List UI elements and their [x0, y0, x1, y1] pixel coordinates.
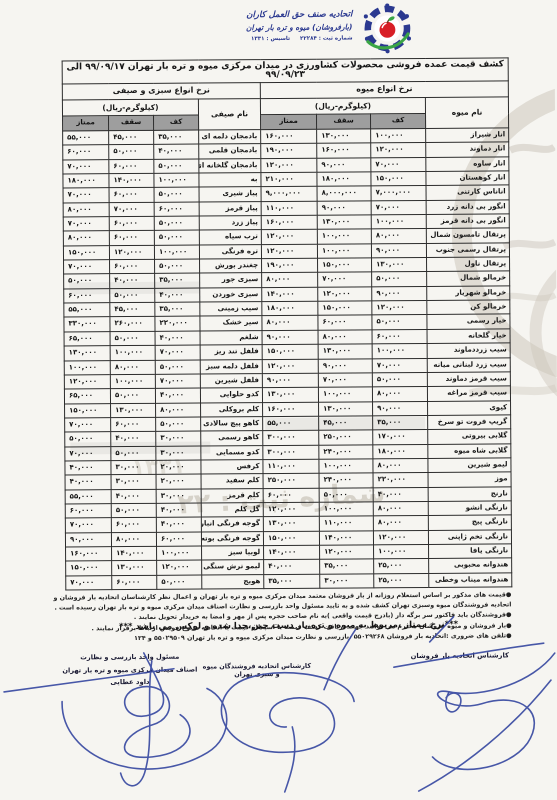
veg-floor-cell: ۳۵,۰۰۰ [154, 130, 199, 145]
veg-premium-cell: ۸۰,۰۰۰ [63, 202, 109, 217]
fruit-premium-cell: ۱۴۰,۰۰۰ [264, 545, 320, 560]
fruit-floor-cell: ۱۰۰,۰۰۰ [374, 544, 429, 559]
veg-name-cell: فلفل دلمه سبز [200, 359, 262, 374]
veg-floor-cell: ۵۰,۰۰۰ [154, 187, 199, 202]
veg-floor-cell: ۴۰,۰۰۰ [155, 388, 200, 403]
fruit-name-cell: خیار گلخانه [427, 329, 510, 344]
signature-scribble-right [394, 643, 556, 791]
fruit-name-cell: پرتقال تامسون شمال [426, 228, 509, 243]
veg-unit-header: (کیلوگرم-ریال) [62, 99, 198, 116]
fruit-floor-cell: ۱۸۰,۰۰۰ [373, 444, 428, 459]
fruit-floor-cell: ۹۰,۰۰۰ [373, 401, 428, 416]
veg-name-cell: گل کلم [201, 503, 263, 518]
veg-premium-cell: ۶۵,۰۰۰ [64, 331, 110, 346]
veg-ceiling-cell: ۳۰,۰۰۰ [111, 460, 156, 475]
veg-floor-cell: ۱۲۰,۰۰۰ [157, 560, 202, 575]
veg-name-cell: به [199, 173, 261, 188]
veg-premium-cell: ۱۳۰,۰۰۰ [64, 346, 110, 361]
veg-name-cell: کلم بروکلی [201, 402, 263, 417]
org-name-line1: اتحادیه صنف حق العمل کاران [246, 9, 353, 20]
fruit-floor-cell: ۳۵,۰۰۰ [373, 415, 428, 430]
veg-name-cell: سبزی خوردن [200, 287, 262, 302]
veg-ceiling-cell: ۷۰,۰۰۰ [109, 202, 154, 217]
veg-name-cell: فلفل شیرین [200, 373, 262, 388]
fruit-name-cell: خیار رسمی [427, 314, 510, 329]
fruit-name-cell: گلابی شاه میوه [428, 443, 511, 458]
veg-ceiling-cell: ۵۰,۰۰۰ [110, 288, 155, 303]
veg-premium-cell: ۸۰,۰۰۰ [63, 231, 109, 246]
veg-premium-cell: ۷۰,۰۰۰ [64, 260, 110, 275]
veg-name-cell: گوجه فرنگی انباری [201, 517, 263, 532]
fruit-name-cell: خرمالو شهریار [427, 286, 510, 301]
veg-name-cell: پیاز زرد [199, 216, 261, 231]
fruit-ceiling-cell: ۱۰۰,۰۰۰ [319, 459, 373, 474]
price-table: کشف قیمت عمده فروشی محصولات کشاورزی در م… [62, 57, 513, 590]
veg-name-cell: کرفس [201, 460, 263, 475]
veg-name-cell: چغندر بورش [200, 259, 262, 274]
fruit-premium-cell: ۱۶۰,۰۰۰ [261, 129, 317, 144]
fruit-name-cell: انگور بی دانه زرد [426, 200, 509, 215]
fruit-name-cell: اناناس کارتنی [426, 185, 509, 200]
veg-group-header: نرخ انواع سبزی و صیفی [62, 83, 260, 100]
fruit-floor-cell: ۵۰,۰۰۰ [372, 315, 427, 330]
organization-name: اتحادیه صنف حق العمل کاران (بارفروشان) م… [246, 3, 353, 60]
fruit-ceiling-cell: ۱۵۰,۰۰۰ [318, 258, 372, 273]
veg-name-cell: کلم قرمز [201, 488, 263, 503]
veg-ceiling-cell: ۱۰۰,۰۰۰ [110, 346, 155, 361]
fruit-floor-cell: ۸۰,۰۰۰ [373, 516, 428, 531]
fruit-name-cell: خرمالو شمال [427, 271, 510, 286]
veg-name-cell: بادمجان قلمی [199, 144, 261, 159]
veg-floor-cell: ۳۰,۰۰۰ [156, 431, 201, 446]
veg-name-cell: سیر خشک [200, 316, 262, 331]
fruit-name-cell: گریپ فروت تو سرخ [428, 415, 511, 430]
fruit-ceiling-cell: ۴۵,۰۰۰ [319, 416, 373, 431]
fruit-name-cell: هندوانه محبوبی [429, 558, 512, 573]
veg-floor-cell: ۲۲۰,۰۰۰ [155, 317, 200, 332]
fruit-name-cell: پرتقال رسمی جنوب [426, 243, 509, 258]
veg-premium-cell: ۳۳۰,۰۰۰ [64, 317, 110, 332]
veg-premium-cell: ۷۰,۰۰۰ [65, 518, 111, 533]
registration-number: شماره ثبت : ۲۲۲۸۴ [300, 35, 352, 41]
veg-ceiling-cell: ۶۰,۰۰۰ [111, 417, 156, 432]
fruit-floor-cell: ۵۰,۰۰۰ [372, 272, 427, 287]
veg-name-cell: پیاز قرمز [199, 201, 261, 216]
fruit-premium-cell: ۱۱۰,۰۰۰ [263, 459, 319, 474]
fruit-ceiling-cell: ۱۵۰,۰۰۰ [318, 301, 372, 316]
veg-premium-cell: ۵۰,۰۰۰ [65, 432, 111, 447]
fruit-floor-cell: ۲۲۰,۰۰۰ [373, 473, 428, 488]
veg-premium-cell: ۱۲۰,۰۰۰ [64, 375, 110, 390]
fruit-ceiling-cell: ۱۱۰,۰۰۰ [319, 516, 373, 531]
veg-floor-cell: ۵۰,۰۰۰ [155, 259, 200, 274]
signature-scribble-middle [221, 617, 455, 793]
veg-name-cell: لیمو ترش سنگی [202, 560, 264, 575]
veg-premium-cell: ۹۰,۰۰۰ [65, 532, 111, 547]
signature-label-inspection: مسئول واحد بازرسی و نظارت اصناف میدان مر… [50, 650, 210, 689]
fruit-ceiling-cell: ۷۰,۰۰۰ [318, 373, 372, 388]
table-title: کشف قیمت عمده فروشی محصولات کشاورزی در م… [62, 58, 508, 84]
veg-floor-cell: ۵۰,۰۰۰ [154, 159, 199, 174]
fruit-floor-cell: ۱۲۰,۰۰۰ [371, 143, 426, 158]
veg-premium-cell: ۱۵۰,۰۰۰ [65, 403, 111, 418]
org-name-line2: (بارفروشان) میوه و تره بار تهران [246, 22, 353, 32]
veg-name-cell: بادمجان گلخانه ای [199, 158, 261, 173]
veg-floor-cell: ۶۰,۰۰۰ [154, 202, 199, 217]
veg-ceiling-cell: ۲۶۰,۰۰۰ [110, 317, 155, 332]
fruit-ceiling-cell: ۶۰,۰۰۰ [318, 315, 372, 330]
fruit-floor-cell: ۷۰,۰۰۰ [371, 200, 426, 215]
veg-ceiling-cell: ۴۰,۰۰۰ [111, 489, 156, 504]
fruit-name-cell: نارنگی پیج [428, 515, 511, 530]
fruit-premium-cell: ۱۲۰,۰۰۰ [261, 158, 317, 173]
veg-premium-cell: ۶۰,۰۰۰ [65, 504, 111, 519]
veg-name-cell: کاهو رسمی [201, 431, 263, 446]
fruit-name-cell: خرمالو کن [427, 300, 510, 315]
fruit-ceiling-cell: ۲۴۰,۰۰۰ [319, 473, 373, 488]
fruit-premium-cell: ۸۰,۰۰۰ [262, 273, 318, 288]
fruit-ceiling-label: سقف [317, 114, 371, 129]
fruit-premium-cell: ۴۰,۰۰۰ [264, 560, 320, 575]
veg-ceiling-cell: ۶۰,۰۰۰ [112, 575, 157, 590]
fruit-ceiling-cell: ۵۰,۰۰۰ [319, 487, 373, 502]
veg-ceiling-cell: ۳۰,۰۰۰ [111, 475, 156, 490]
scanned-price-bulletin: { "letterhead": { "org_line1": "اتحادیه … [0, 0, 557, 800]
veg-ceiling-cell: ۱۳۰,۰۰۰ [111, 403, 156, 418]
signature-label-foroushandegan: کارشناس اتحادیه فروشندگان میوه و سبزی ته… [202, 662, 312, 679]
fruit-floor-cell: ۷۰,۰۰۰ [371, 157, 426, 172]
veg-premium-label: ممتاز [63, 116, 109, 131]
veg-floor-cell: ۲۰,۰۰۰ [156, 474, 201, 489]
veg-premium-cell: ۱۵۰,۰۰۰ [66, 561, 112, 576]
fruit-ceiling-cell: ۸,۰۰۰,۰۰۰ [317, 186, 371, 201]
veg-floor-cell: ۶۰,۰۰۰ [156, 532, 201, 547]
veg-premium-cell: ۶۰,۰۰۰ [63, 145, 109, 160]
fruit-group-header: نرخ انواع میوه [260, 81, 508, 99]
established-year: تاسیس : ۱۳۳۱ [251, 36, 290, 42]
veg-premium-cell: ۴۰,۰۰۰ [65, 461, 111, 476]
veg-ceiling-cell: ۶۰,۰۰۰ [109, 216, 154, 231]
union-logo-icon [359, 3, 415, 59]
fruit-ceiling-cell: ۱۲۰,۰۰۰ [318, 287, 372, 302]
fruit-premium-cell: ۱۹۰,۰۰۰ [261, 144, 317, 159]
fruit-name-cell: نارنج [428, 486, 511, 501]
veg-premium-cell: ۱۵۰,۰۰۰ [63, 245, 109, 260]
document-sheet: شماره ثبت : ۲۲ ۱۳۳۱ اتحادیه صنف ح [0, 0, 557, 800]
veg-name-cell: سیب زمینی [200, 302, 262, 317]
fruit-ceiling-cell: ۱۳۰,۰۰۰ [318, 344, 372, 359]
fruit-ceiling-cell: ۱۰۰,۰۰۰ [318, 387, 372, 402]
fruit-name-cell: سیب زرددماوند [427, 343, 510, 358]
fruit-premium-cell: ۱۵۰,۰۰۰ [263, 531, 319, 546]
fruit-name-cell: سیب قرمز دماوند [427, 372, 510, 387]
veg-premium-cell: ۶۵,۰۰۰ [64, 389, 110, 404]
veg-floor-cell: ۳۵,۰۰۰ [155, 273, 200, 288]
registration-line: شماره ثبت : ۲۲۲۸۴ تاسیس : ۱۳۳۱ [246, 35, 353, 42]
veg-ceiling-cell: ۶۰,۰۰۰ [111, 518, 156, 533]
fruit-name-cell: هندوانه میناب وخطی [429, 573, 512, 588]
veg-name-cell: بادمجان دلمه ای [199, 130, 261, 145]
veg-floor-label: کف [154, 115, 199, 130]
veg-floor-cell: ۵۰,۰۰۰ [156, 417, 201, 432]
fruit-name-cell: سیب زرد لبنانی میانه [427, 357, 510, 372]
fruit-premium-cell: ۶۰,۰۰۰ [263, 488, 319, 503]
veg-ceiling-cell: ۱۰۰,۰۰۰ [110, 374, 155, 389]
veg-ceiling-cell: ۶۰,۰۰۰ [110, 259, 155, 274]
fruit-premium-cell: ۸۰,۰۰۰ [262, 316, 318, 331]
fruit-premium-cell: ۹۰,۰۰۰ [262, 330, 318, 345]
veg-ceiling-cell: ۸۰,۰۰۰ [110, 360, 155, 375]
table-row: هندوانه میناب وخطی ۲۵,۰۰۰ ۳۰,۰۰۰ ۳۵,۰۰۰ … [66, 573, 512, 590]
veg-floor-cell: ۴۰,۰۰۰ [156, 503, 201, 518]
veg-floor-cell: ۳۰,۰۰۰ [156, 446, 201, 461]
letterhead: اتحادیه صنف حق العمل کاران (بارفروشان) م… [200, 3, 415, 60]
fruit-ceiling-cell: ۱۴۰,۰۰۰ [319, 530, 373, 545]
veg-ceiling-cell: ۴۵,۰۰۰ [110, 302, 155, 317]
veg-name-cell: ترب سیاه [199, 230, 261, 245]
fruit-premium-cell: ۲۵۰,۰۰۰ [263, 473, 319, 488]
veg-floor-cell: ۵۰,۰۰۰ [155, 360, 200, 375]
veg-ceiling-cell: ۱۳۰,۰۰۰ [112, 561, 157, 576]
fruit-floor-cell: ۸۰,۰۰۰ [371, 229, 426, 244]
veg-premium-cell: ۷۰,۰۰۰ [63, 217, 109, 232]
fruit-premium-cell: ۱۲۰,۰۰۰ [261, 244, 317, 259]
notes-section: ●قیمت های مذکور بر اساس استعلام روزانه ا… [65, 590, 511, 644]
fruit-name-cell: انار دماوند [426, 142, 509, 157]
fruit-floor-cell: ۱۲۰,۰۰۰ [372, 301, 427, 316]
veg-ceiling-cell: ۶۰,۰۰۰ [109, 188, 154, 203]
veg-name-cell: شلغم [200, 330, 262, 345]
fruit-ceiling-cell: ۸۰,۰۰۰ [318, 330, 372, 345]
fruit-floor-cell: ۴۰,۰۰۰ [373, 487, 428, 502]
veg-name-cell: تره فرنگی [199, 244, 261, 259]
veg-name-cell: لوبیا سبز [202, 546, 264, 561]
fruit-floor-cell: ۱۳۰,۰۰۰ [372, 258, 427, 273]
veg-floor-cell: ۸۰,۰۰۰ [156, 403, 201, 418]
veg-floor-cell: ۴۰,۰۰۰ [155, 288, 200, 303]
fruit-premium-cell: ۱۶۰,۰۰۰ [261, 215, 317, 230]
fruit-ceiling-cell: ۱۶۰,۰۰۰ [317, 143, 371, 158]
veg-floor-cell: ۱۰۰,۰۰۰ [154, 245, 199, 260]
fruit-ceiling-cell: ۱۲۰,۰۰۰ [320, 545, 374, 560]
veg-ceiling-cell: ۶۰,۰۰۰ [109, 231, 154, 246]
veg-ceiling-cell: ۸۰,۰۰۰ [111, 532, 156, 547]
fruit-name-cell: نارنگی یافا [429, 544, 512, 559]
fruit-floor-cell: ۸۰,۰۰۰ [372, 387, 427, 402]
fruit-unit-header: (کیلوگرم-ریال) [260, 97, 425, 114]
fruit-floor-cell: ۲۵,۰۰۰ [374, 573, 429, 588]
fruit-premium-cell: ۱۲۰,۰۰۰ [262, 359, 318, 374]
fruit-name-header: نام میوه [425, 97, 508, 129]
veg-name-cell: کدو حلوایی [200, 388, 262, 403]
veg-name-cell: کدو مسمایی [201, 445, 263, 460]
fruit-ceiling-cell: ۱۳۰,۰۰۰ [317, 129, 371, 144]
fruit-name-cell: انگور بی دانه قرمز [426, 214, 509, 229]
veg-ceiling-cell: ۵۰,۰۰۰ [110, 389, 155, 404]
fruit-premium-cell: ۳۰۰,۰۰۰ [263, 430, 319, 445]
veg-floor-cell: ۵۰,۰۰۰ [154, 230, 199, 245]
veg-ceiling-cell: ۱۴۰,۰۰۰ [112, 546, 157, 561]
veg-premium-cell: ۵۵,۰۰۰ [64, 303, 110, 318]
watermark-squiggle [510, 147, 554, 150]
fruit-ceiling-cell: ۹۰,۰۰۰ [318, 358, 372, 373]
fruit-floor-cell: ۸۰,۰۰۰ [373, 458, 428, 473]
fruit-floor-cell: ۱۲۰,۰۰۰ [373, 530, 428, 545]
fruit-ceiling-cell: ۹۰,۰۰۰ [317, 201, 371, 216]
fruit-floor-cell: ۱۰۰,۰۰۰ [371, 128, 426, 143]
fruit-name-cell: انار کوهستان [426, 171, 509, 186]
fruit-floor-cell: ۱۰۰,۰۰۰ [371, 215, 426, 230]
veg-premium-cell: ۵۰,۰۰۰ [64, 274, 110, 289]
inspection-title-line2: اصناف میدان مرکزی میوه و تره بار تهران [50, 663, 210, 677]
fruit-floor-label: کف [371, 113, 426, 128]
fruit-premium-cell: ۹,۰۰۰,۰۰۰ [261, 187, 317, 202]
veg-floor-cell: ۳۵,۰۰۰ [155, 302, 200, 317]
veg-premium-cell: ۱۰۰,۰۰۰ [64, 360, 110, 375]
fruit-ceiling-cell: ۱۰۰,۰۰۰ [317, 229, 371, 244]
fruit-ceiling-cell: ۷۰,۰۰۰ [318, 272, 372, 287]
veg-ceiling-cell: ۴۰,۰۰۰ [111, 432, 156, 447]
veg-premium-cell: ۵۵,۰۰۰ [65, 489, 111, 504]
inspection-title-line1: مسئول واحد بازرسی و نظارت [50, 650, 210, 664]
veg-premium-cell: ۶۰,۰۰۰ [64, 288, 110, 303]
veg-ceiling-cell: ۵۰,۰۰۰ [109, 145, 154, 160]
fruit-ceiling-cell: ۳۵,۰۰۰ [320, 559, 374, 574]
fruit-name-cell: لیمو شیرین [428, 458, 511, 473]
veg-premium-cell: ۵۵,۰۰۰ [63, 131, 109, 146]
signature-label-barforooshan: کارشناس اتحادیه بار فروشان [390, 651, 530, 660]
inspector-name: داود عطایی [50, 676, 210, 690]
veg-floor-cell: ۱۰۰,۰۰۰ [154, 173, 199, 188]
veg-name-cell: کاهو پیچ سالادی [201, 416, 263, 431]
fruit-ceiling-cell: ۱۳۰,۰۰۰ [317, 215, 371, 230]
fruit-name-cell: پرتقال ناول [427, 257, 510, 272]
veg-floor-cell: ۷۰,۰۰۰ [155, 374, 200, 389]
fruit-name-cell: موز [428, 472, 511, 487]
veg-ceiling-cell: ۴۵,۰۰۰ [109, 130, 154, 145]
fruit-name-cell: کیوی [428, 400, 511, 415]
veg-premium-cell: ۷۰,۰۰۰ [65, 418, 111, 433]
fruit-ceiling-cell: ۱۰۰,۰۰۰ [317, 244, 371, 259]
veg-floor-cell: ۳۰,۰۰۰ [156, 489, 201, 504]
veg-floor-cell: ۴۰,۰۰۰ [155, 331, 200, 346]
fruit-premium-label: ممتاز [261, 114, 317, 129]
table-body: انار شیراز ۱۰۰,۰۰۰ ۱۳۰,۰۰۰ ۱۶۰,۰۰۰ بادمج… [63, 128, 512, 590]
fruit-name-cell: سیب قرمز مراغه [427, 386, 510, 401]
watermark-squiggle [504, 242, 555, 246]
fruit-floor-cell: ۵۰,۰۰۰ [372, 372, 427, 387]
fruit-name-cell: نارنگی انشو [428, 501, 511, 516]
veg-floor-cell: ۷۰,۰۰۰ [155, 345, 200, 360]
fruit-name-cell: انار شیراز [426, 128, 509, 143]
veg-premium-cell: ۷۰,۰۰۰ [63, 159, 109, 174]
veg-name-cell: کلم سفید [201, 474, 263, 489]
veg-floor-cell: ۵۰,۰۰۰ [154, 216, 199, 231]
veg-premium-cell: ۷۰,۰۰۰ [65, 446, 111, 461]
veg-name-cell: فلفل تند ریز [200, 345, 262, 360]
fruit-premium-cell: ۱۲۰,۰۰۰ [261, 230, 317, 245]
veg-premium-cell: ۱۸۰,۰۰۰ [63, 174, 109, 189]
fruit-premium-cell: ۱۳۰,۰۰۰ [263, 516, 319, 531]
veg-floor-cell: ۴۰,۰۰۰ [154, 144, 199, 159]
veg-floor-cell: ۴۰,۰۰۰ [156, 517, 201, 532]
fruit-ceiling-cell: ۱۸۰,۰۰۰ [317, 172, 371, 187]
veg-name-cell: هویج [202, 574, 264, 589]
fruit-floor-cell: ۹۰,۰۰۰ [371, 243, 426, 258]
fruit-floor-cell: ۹۰,۰۰۰ [372, 286, 427, 301]
veg-ceiling-cell: ۵۰,۰۰۰ [110, 331, 155, 346]
fruit-ceiling-cell: ۲۴۰,۰۰۰ [319, 444, 373, 459]
fruit-ceiling-cell: ۹۰,۰۰۰ [317, 158, 371, 173]
fruit-name-cell: نارنگی تخم ژاپنی [428, 530, 511, 545]
fruit-floor-cell: ۸۰,۰۰۰ [373, 501, 428, 516]
veg-premium-cell: ۴۰,۰۰۰ [65, 475, 111, 490]
veg-name-cell: سبزی جور [200, 273, 262, 288]
fruit-floor-cell: ۱۰۰,۰۰۰ [372, 344, 427, 359]
veg-name-header: نام صیفی [198, 99, 260, 130]
veg-ceiling-cell: ۱۴۰,۰۰۰ [109, 173, 154, 188]
veg-ceiling-cell: ۱۲۰,۰۰۰ [109, 245, 154, 260]
fruit-premium-cell: ۹۰,۰۰۰ [262, 373, 318, 388]
veg-name-cell: گوجه فرنگی بوته رس [201, 531, 263, 546]
fruit-premium-cell: ۱۸۰,۰۰۰ [262, 301, 318, 316]
veg-ceiling-cell: ۵۰,۰۰۰ [111, 503, 156, 518]
fruit-name-cell: انار ساوه [426, 157, 509, 172]
fruit-premium-cell: ۱۳۰,۰۰۰ [262, 387, 318, 402]
veg-ceiling-cell: ۴۰,۰۰۰ [110, 274, 155, 289]
fruit-floor-cell: ۷۰,۰۰۰ [372, 358, 427, 373]
fruit-name-cell: گلابی بیروتی [428, 429, 511, 444]
fruit-premium-cell: ۲۱۰,۰۰۰ [261, 172, 317, 187]
veg-name-cell: پیاز شیری [199, 187, 261, 202]
fruit-floor-cell: ۶۰,۰۰۰ [372, 329, 427, 344]
fruit-floor-cell: ۱۵۰,۰۰۰ [371, 171, 426, 186]
veg-premium-cell: ۷۰,۰۰۰ [63, 188, 109, 203]
fruit-floor-cell: ۷,۰۰۰,۰۰۰ [371, 186, 426, 201]
fruit-floor-cell: ۲۵,۰۰۰ [374, 559, 429, 574]
veg-ceiling-cell: ۶۰,۰۰۰ [109, 159, 154, 174]
fruit-floor-cell: ۱۷۰,۰۰۰ [373, 430, 428, 445]
veg-floor-cell: ۲۰,۰۰۰ [156, 460, 201, 475]
watermark-ring-small [535, 250, 557, 415]
fruit-ceiling-cell: ۱۰۰,۰۰۰ [319, 502, 373, 517]
fruit-ceiling-cell: ۳۰,۰۰۰ [320, 573, 374, 588]
veg-ceiling-label: سقف [109, 115, 154, 130]
fruit-ceiling-cell: ۱۳۰,۰۰۰ [319, 401, 373, 416]
fruit-premium-cell: ۱۶۰,۰۰۰ [263, 402, 319, 417]
fruit-premium-cell: ۱۹۰,۰۰۰ [262, 258, 318, 273]
veg-premium-cell: ۱۶۰,۰۰۰ [66, 547, 112, 562]
fruit-premium-cell: ۵۵,۰۰۰ [263, 416, 319, 431]
veg-floor-cell: ۵۰,۰۰۰ [157, 575, 202, 590]
fruit-premium-cell: ۱۵۰,۰۰۰ [262, 344, 318, 359]
fruit-ceiling-cell: ۲۵۰,۰۰۰ [319, 430, 373, 445]
veg-ceiling-cell: ۵۰,۰۰۰ [111, 446, 156, 461]
veg-premium-cell: ۷۰,۰۰۰ [66, 575, 112, 590]
fruit-premium-cell: ۳۰۰,۰۰۰ [263, 445, 319, 460]
fruit-premium-cell: ۱۴۰,۰۰۰ [262, 287, 318, 302]
veg-floor-cell: ۱۰۰,۰۰۰ [157, 546, 202, 561]
fruit-premium-cell: ۱۱۰,۰۰۰ [261, 201, 317, 216]
fruit-premium-cell: ۱۲۰,۰۰۰ [263, 502, 319, 517]
fruit-premium-cell: ۳۵,۰۰۰ [264, 574, 320, 589]
